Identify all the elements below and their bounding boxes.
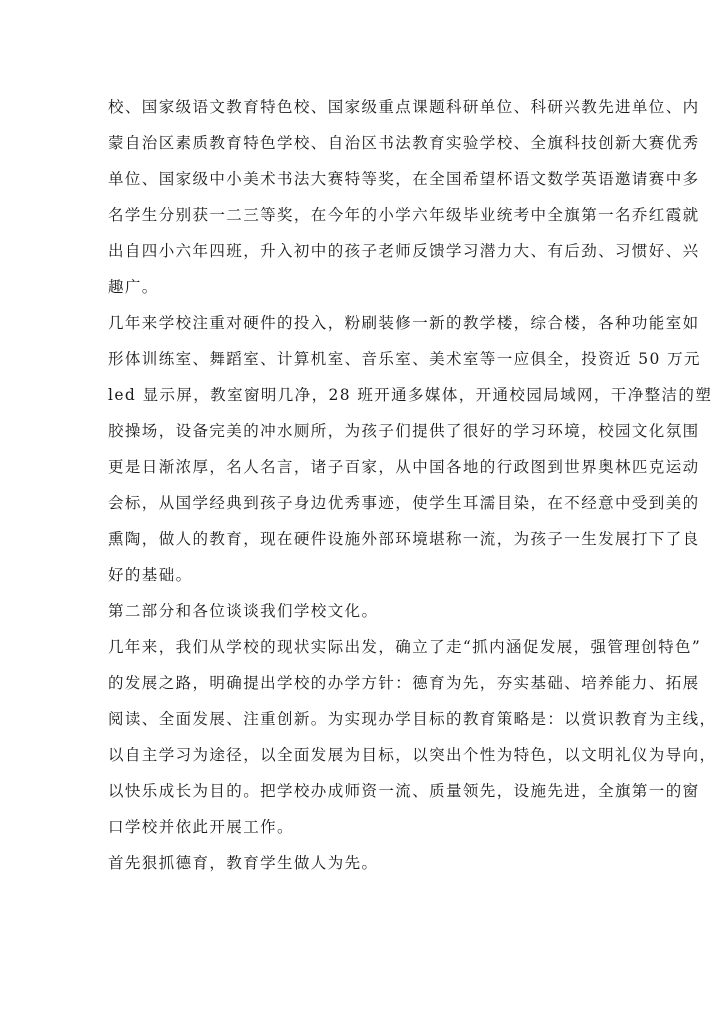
paragraph-philosophy: 几年来，我们从学校的现状实际出发，确立了走“抓内涵促发展，强管理创特色” 的发展…	[108, 629, 613, 845]
text-line: 阅读、全面发展、注重创新。为实现办学目标的教育策略是：以赏识教育为主线，	[108, 701, 613, 737]
text-line: 第二部分和各位谈谈我们学校文化。	[108, 593, 613, 629]
text-line: 更是日渐浓厚，名人名言，诸子百家，从中国各地的行政图到世界奥林匹克运动	[108, 449, 613, 485]
text-line: 单位、国家级中小美术书法大赛特等奖，在全国希望杯语文数学英语邀请赛中多	[108, 161, 613, 197]
document-page: 校、国家级语文教育特色校、国家级重点课题科研单位、科研兴教先进单位、内 蒙自治区…	[108, 89, 613, 881]
text-line: led 显示屏，教室窗明几净，28 班开通多媒体，开通校园局域网，干净整洁的塑	[108, 377, 613, 413]
text-line: 胶操场，设备完美的冲水厕所，为孩子们提供了很好的学习环境，校园文化氛围	[108, 413, 613, 449]
text-line: 会标，从国学经典到孩子身边优秀事迹，使学生耳濡目染，在不经意中受到美的	[108, 485, 613, 521]
text-line: 的发展之路，明确提出学校的办学方针：德育为先，夯实基础、培养能力、拓展	[108, 665, 613, 701]
text-line: 名学生分别获一二三等奖，在今年的小学六年级毕业统考中全旗第一名乔红霞就	[108, 197, 613, 233]
text-line: 几年来学校注重对硬件的投入，粉刷装修一新的教学楼，综合楼，各种功能室如	[108, 305, 613, 341]
text-line: 校、国家级语文教育特色校、国家级重点课题科研单位、科研兴教先进单位、内	[108, 89, 613, 125]
paragraph-honors: 校、国家级语文教育特色校、国家级重点课题科研单位、科研兴教先进单位、内 蒙自治区…	[108, 89, 613, 305]
text-line: 蒙自治区素质教育特色学校、自治区书法教育实验学校、全旗科技创新大赛优秀	[108, 125, 613, 161]
text-line: 首先狠抓德育，教育学生做人为先。	[108, 845, 613, 881]
text-line: 出自四小六年四班，升入初中的孩子老师反馈学习潜力大、有后劲、习惯好、兴	[108, 233, 613, 269]
paragraph-hardware: 几年来学校注重对硬件的投入，粉刷装修一新的教学楼，综合楼，各种功能室如 形体训练…	[108, 305, 613, 593]
text-line: 口学校并依此开展工作。	[108, 809, 613, 845]
text-line: 形体训练室、舞蹈室、计算机室、音乐室、美术室等一应俱全，投资近 50 万元	[108, 341, 613, 377]
text-line: 熏陶，做人的教育，现在硬件设施外部环境堪称一流，为孩子一生发展打下了良	[108, 521, 613, 557]
text-line: 以自主学习为途径，以全面发展为目标，以突出个性为特色，以文明礼仪为导向，	[108, 737, 613, 773]
text-line: 好的基础。	[108, 557, 613, 593]
section-heading-school-culture: 第二部分和各位谈谈我们学校文化。	[108, 593, 613, 629]
text-line: 以快乐成长为目的。把学校办成师资一流、质量领先，设施先进，全旗第一的窗	[108, 773, 613, 809]
text-line: 趣广。	[108, 269, 613, 305]
text-line: 几年来，我们从学校的现状实际出发，确立了走“抓内涵促发展，强管理创特色”	[108, 629, 613, 665]
paragraph-moral-education: 首先狠抓德育，教育学生做人为先。	[108, 845, 613, 881]
